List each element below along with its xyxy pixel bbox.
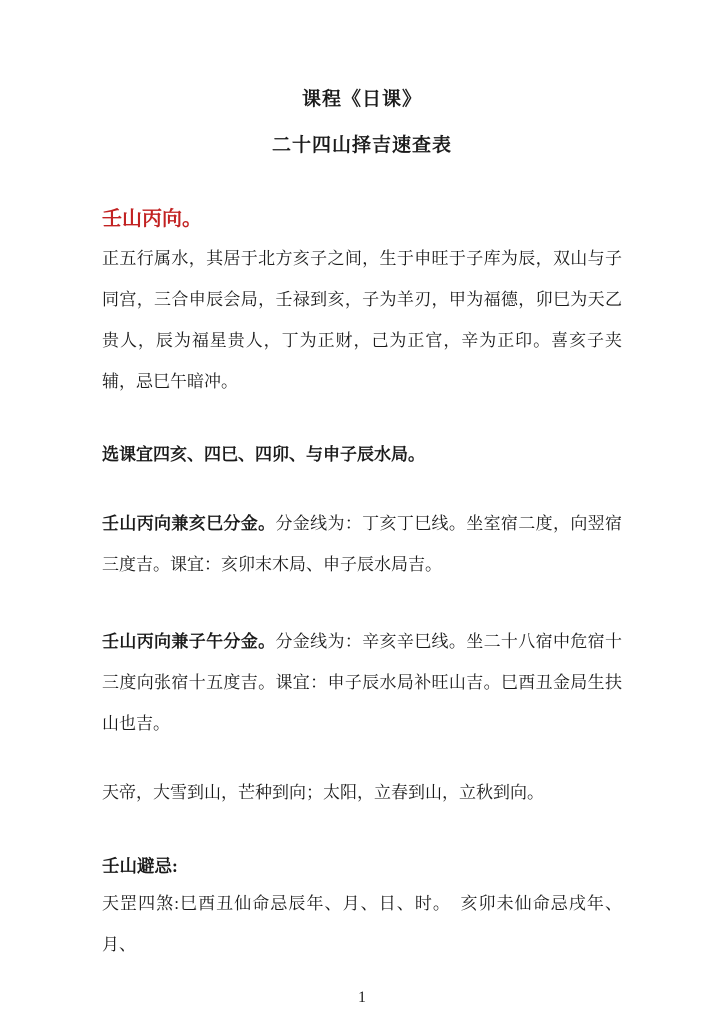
- fenjin-zi-wu-paragraph: 壬山丙向兼子午分金。分金线为：辛亥辛巳线。坐二十八宿中危宿十三度向张宿十五度吉。…: [102, 621, 622, 744]
- fenjin-hai-si-paragraph: 壬山丙向兼亥巳分金。分金线为：丁亥丁巳线。坐室宿二度，向翌宿三度吉。课宜：亥卯末…: [102, 503, 622, 585]
- fenjin-hai-si-lead: 壬山丙向兼亥巳分金。: [102, 514, 275, 533]
- page-number: 1: [358, 989, 366, 1006]
- taboo-line: 天罡四煞:巳酉丑仙命忌辰年、月、日、时。 亥卯未仙命忌戌年、月、: [102, 883, 622, 965]
- selection-rule-line: 选课宜四亥、四巳、四卯、与申子辰水局。: [102, 434, 622, 475]
- page-footer: 1: [0, 988, 724, 1008]
- document-subtitle: 二十四山择吉速查表: [102, 130, 622, 162]
- section-heading-renshan: 壬山丙向。: [102, 204, 622, 234]
- taboo-heading: 壬山避忌:: [102, 849, 622, 883]
- document-title: 课程《日课》: [102, 84, 622, 116]
- tiandi-taiyang-line: 天帝，大雪到山，芒种到向；太阳，立春到山，立秋到向。: [102, 772, 622, 813]
- intro-paragraph: 正五行属水，其居于北方亥子之间，生于申旺于子库为辰，双山与子同宫，三合申辰会局，…: [102, 238, 622, 402]
- fenjin-zi-wu-lead: 壬山丙向兼子午分金。: [102, 632, 275, 651]
- document-page: 课程《日课》 二十四山择吉速查表 壬山丙向。 正五行属水，其居于北方亥子之间，生…: [0, 0, 724, 1024]
